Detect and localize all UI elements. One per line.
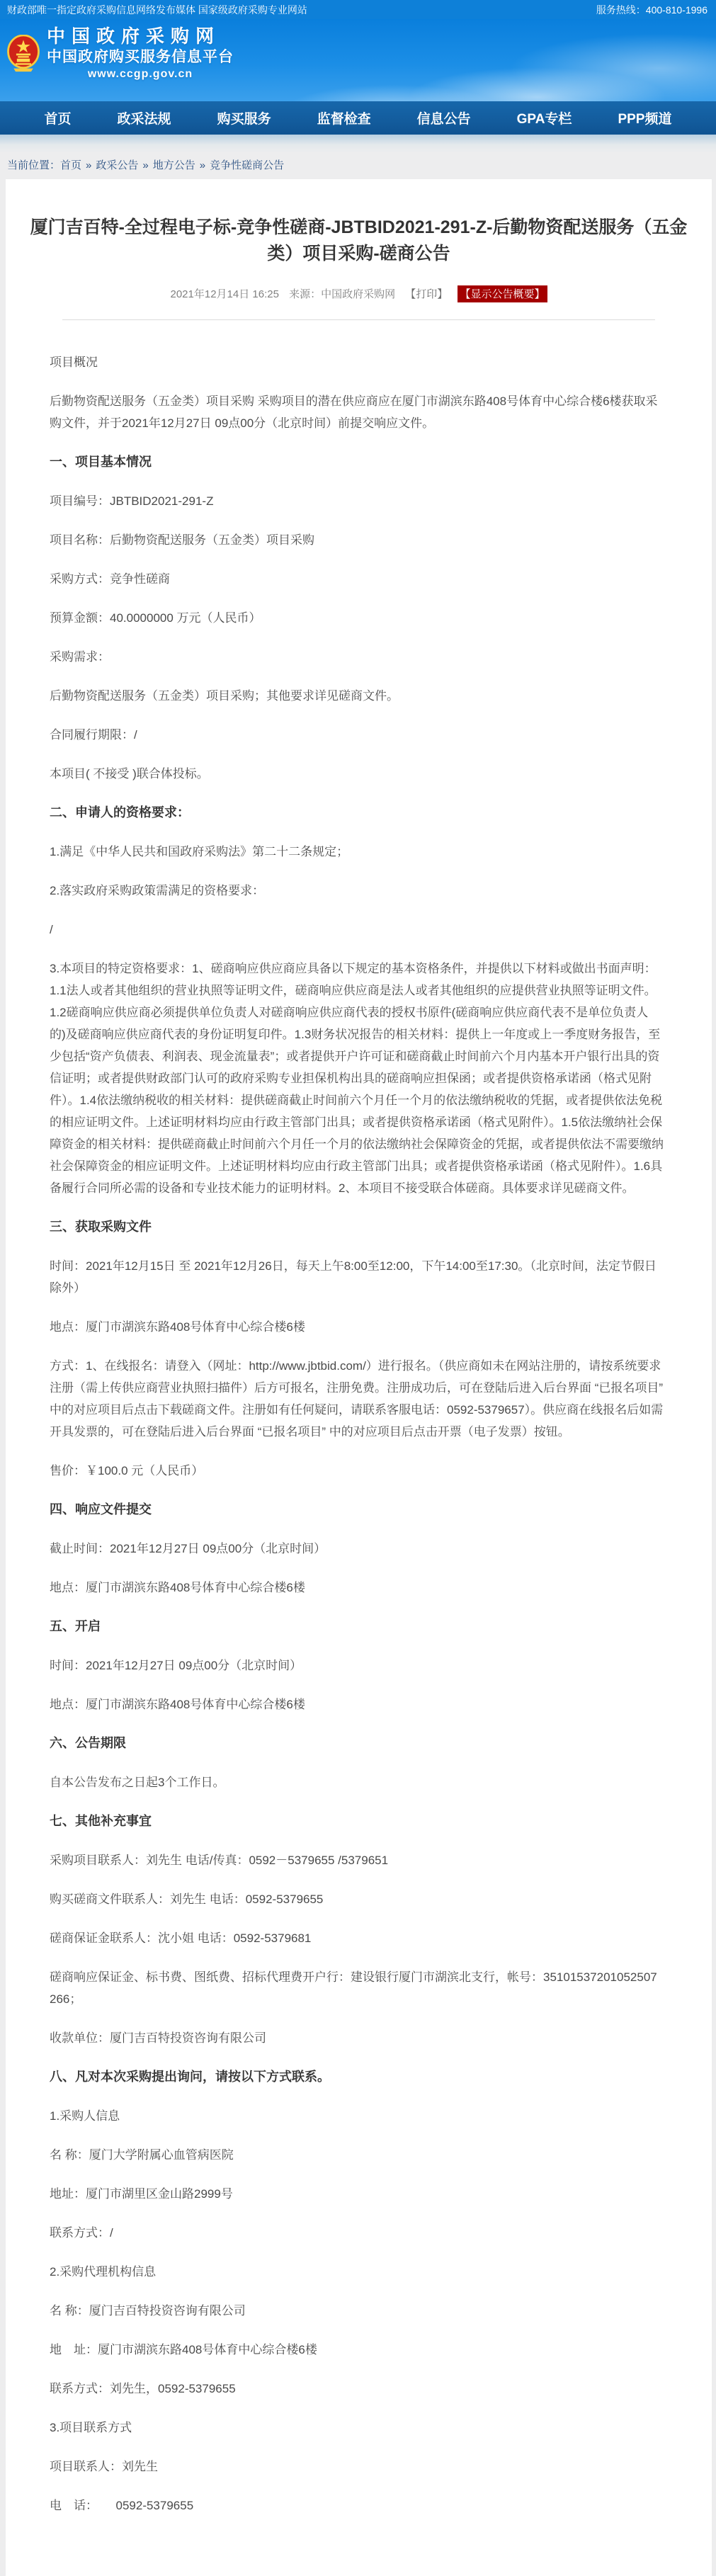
article-paragraph: 地点：厦门市湖滨东路408号体育中心综合楼6楼 [50, 1577, 664, 1599]
site-url: www.ccgp.gov.cn [47, 67, 234, 82]
article-paragraph: 磋商保证金联系人：沈小姐 电话：0592-5379681 [50, 1927, 664, 1949]
site-slogan: 财政部唯一指定政府采购信息网络发布媒体 国家级政府采购专业网站 [7, 3, 307, 17]
nav-item-2[interactable]: 购买服务 [217, 108, 271, 127]
article-paragraph: 1.采购人信息 [50, 2105, 664, 2127]
site-subtitle: 中国政府购买服务信息平台 [47, 47, 234, 67]
site-name: 中国政府采购网 [47, 25, 234, 47]
article-paragraph: 名 称：厦门吉百特投资咨询有限公司 [50, 2300, 664, 2322]
nav-fade-strip [0, 135, 716, 153]
article-paragraph: 自本公告发布之日起3个工作日。 [50, 1771, 664, 1793]
breadcrumb: 当前位置：首页»政采公告»地方公告»竞争性磋商公告 [0, 153, 716, 179]
section-heading: 二、申请人的资格要求： [50, 802, 664, 824]
breadcrumb-separator: » [86, 159, 91, 171]
article-paragraph: 采购项目联系人：刘先生 电话/传真：0592－5379655 /5379651 [50, 1849, 664, 1871]
article-paragraph: 3.项目联系方式 [50, 2417, 664, 2439]
main-nav: 首页政采法规购买服务监督检查信息公告GPA专栏PPP频道 [0, 101, 716, 135]
national-emblem-icon [7, 35, 40, 73]
article-paragraph: 地址：厦门市湖里区金山路2999号 [50, 2183, 664, 2205]
breadcrumb-link-1[interactable]: 政采公告 [96, 159, 138, 171]
breadcrumb-prefix: 当前位置： [7, 159, 60, 171]
article-paragraph: 3.本项目的特定资格要求：1、磋商响应供应商应具备以下规定的基本资格条件，并提供… [50, 958, 664, 1199]
article-paragraph: 预算金额：40.0000000 万元（人民币） [50, 607, 664, 629]
article-paragraph: 后勤物资配送服务（五金类）项目采购；其他要求详见磋商文件。 [50, 685, 664, 707]
article-paragraph: 采购需求： [50, 646, 664, 668]
nav-item-3[interactable]: 监督检查 [317, 108, 371, 127]
nav-item-4[interactable]: 信息公告 [417, 108, 471, 127]
article-paragraph: 项目概况 [50, 351, 664, 373]
section-heading: 一、项目基本情况 [50, 451, 664, 473]
nav-item-6[interactable]: PPP频道 [618, 108, 671, 127]
article-paragraph: 售价：￥100.0 元（人民币） [50, 1460, 664, 1482]
publish-datetime: 2021年12月14日 16:25 [170, 288, 278, 300]
article-paragraph: 项目编号：JBTBID2021-291-Z [50, 490, 664, 512]
article-paragraph: 购买磋商文件联系人：刘先生 电话：0592-5379655 [50, 1888, 664, 1910]
article-paragraph: 收款单位：厦门吉百特投资咨询有限公司 [50, 2027, 664, 2049]
article-meta: 2021年12月14日 16:25 来源：中国政府采购网 【打印】 【显示公告概… [18, 285, 699, 302]
article-paragraph: 2.采购代理机构信息 [50, 2261, 664, 2283]
nav-item-0[interactable]: 首页 [45, 108, 72, 127]
article-container: 厦门吉百特-全过程电子标-竞争性磋商-JBTBID2021-291-Z-后勤物资… [6, 179, 712, 2576]
article-paragraph: 后勤物资配送服务（五金类）项目采购 采购项目的潜在供应商应在厦门市湖滨东路408… [50, 390, 664, 434]
article-paragraph: 方式：1、在线报名：请登入（网址：http://www.jbtbid.com/）… [50, 1355, 664, 1443]
article-paragraph: 1.满足《中华人民共和国政府采购法》第二十二条规定； [50, 841, 664, 863]
article-paragraph: 地点：厦门市湖滨东路408号体育中心综合楼6楼 [50, 1693, 664, 1715]
article-source: 来源：中国政府采购网 [289, 288, 395, 300]
service-hotline: 服务热线：400-810-1996 [596, 3, 708, 17]
article-paragraph: 截止时间：2021年12月27日 09点00分（北京时间） [50, 1538, 664, 1560]
page-title: 厦门吉百特-全过程电子标-竞争性磋商-JBTBID2021-291-Z-后勤物资… [18, 215, 699, 267]
article-body: 项目概况后勤物资配送服务（五金类）项目采购 采购项目的潜在供应商应在厦门市湖滨东… [6, 320, 712, 2517]
article-paragraph: 地 址：厦门市湖滨东路408号体育中心综合楼6楼 [50, 2339, 664, 2361]
site-banner: 中国政府采购网 中国政府购买服务信息平台 www.ccgp.gov.cn [0, 19, 716, 101]
section-heading: 三、获取采购文件 [50, 1216, 664, 1238]
article-paragraph: / [50, 919, 664, 941]
breadcrumb-link-3[interactable]: 竞争性磋商公告 [210, 159, 284, 171]
article-paragraph: 磋商响应保证金、标书费、图纸费、招标代理费开户行：建设银行厦门市湖滨北支行，帐号… [50, 1966, 664, 2010]
nav-item-5[interactable]: GPA专栏 [517, 108, 572, 127]
article-paragraph: 项目联系人：刘先生 [50, 2456, 664, 2478]
breadcrumb-separator: » [142, 159, 148, 171]
article-paragraph: 项目名称：后勤物资配送服务（五金类）项目采购 [50, 529, 664, 551]
nav-item-1[interactable]: 政采法规 [118, 108, 171, 127]
article-paragraph: 2.落实政府采购政策需满足的资格要求： [50, 880, 664, 902]
section-heading: 五、开启 [50, 1616, 664, 1638]
article-paragraph: 合同履行期限：/ [50, 724, 664, 746]
section-heading: 八、凡对本次采购提出询问，请按以下方式联系。 [50, 2066, 664, 2088]
breadcrumb-link-0[interactable]: 首页 [60, 159, 81, 171]
breadcrumb-link-2[interactable]: 地方公告 [153, 159, 195, 171]
section-heading: 七、其他补充事宜 [50, 1810, 664, 1832]
article-paragraph: 联系方式：/ [50, 2222, 664, 2244]
article-paragraph: 电 话： 0592-5379655 [50, 2495, 664, 2517]
show-summary-button[interactable]: 【显示公告概要】 [458, 285, 547, 302]
article-paragraph: 地点：厦门市湖滨东路408号体育中心综合楼6楼 [50, 1316, 664, 1338]
section-heading: 六、公告期限 [50, 1732, 664, 1754]
top-bar: 财政部唯一指定政府采购信息网络发布媒体 国家级政府采购专业网站 服务热线：400… [0, 0, 716, 19]
article-paragraph: 联系方式：刘先生，0592-5379655 [50, 2378, 664, 2400]
article-paragraph: 时间：2021年12月27日 09点00分（北京时间） [50, 1655, 664, 1676]
article-paragraph: 本项目( 不接受 )联合体投标。 [50, 763, 664, 785]
section-heading: 四、响应文件提交 [50, 1499, 664, 1521]
article-paragraph: 时间：2021年12月15日 至 2021年12月26日，每天上午8:00至12… [50, 1255, 664, 1299]
article-paragraph: 名 称：厦门大学附属心血管病医院 [50, 2144, 664, 2166]
breadcrumb-separator: » [200, 159, 205, 171]
print-button[interactable]: 【打印】 [405, 288, 448, 300]
article-paragraph: 采购方式：竞争性磋商 [50, 568, 664, 590]
